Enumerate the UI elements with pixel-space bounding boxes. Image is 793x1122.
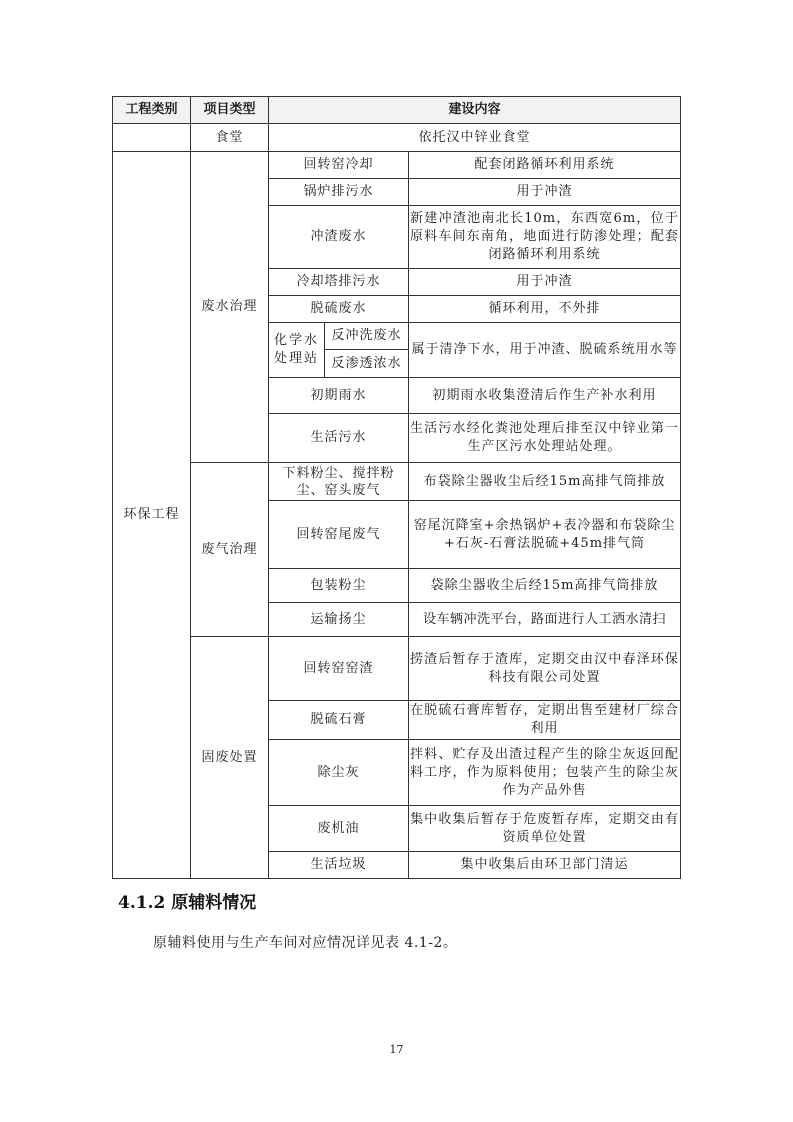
wastewater-content: 新建冲渣池南北长10m，东西宽6m，位于原料车间东南角，地面进行防渗处理；配套闭…: [408, 205, 681, 269]
waste-gas-item: 下料粉尘、搅拌粉尘、窑头废气: [268, 462, 409, 501]
waste-gas-content: 布袋除尘器收尘后经15m高排气筒排放: [408, 462, 681, 501]
waste-gas-item: 包装粉尘: [268, 568, 409, 603]
header-category: 工程类别: [112, 96, 191, 124]
wastewater-content: 循环利用，不外排: [408, 295, 681, 323]
wastewater-content: 配套闭路循环利用系统: [408, 151, 681, 179]
wastewater-content: 用于冲渣: [408, 268, 681, 296]
solid-waste-item: 回转窑窑渣: [268, 636, 409, 701]
body-paragraph: 原辅料使用与生产车间对应情况详见表 4.1-2。: [153, 932, 457, 952]
waste-gas-content: 窑尾沉降室+余热锅炉+表冷器和布袋除尘+石灰-石膏法脱硫+45m排气筒: [408, 500, 681, 569]
solid-waste-item: 废机油: [268, 805, 409, 852]
wastewater-item: 锅炉排污水: [268, 178, 409, 206]
header-project-type: 项目类型: [190, 96, 269, 124]
chem-station-label: 化学水处理站: [268, 322, 325, 378]
canteen-content: 依托汉中锌业食堂: [268, 123, 681, 152]
waste-gas-type: 废气治理: [190, 462, 269, 637]
wastewater-item: 回转窑冷却: [268, 151, 409, 179]
waste-gas-content: 设车辆冲洗平台，路面进行人工洒水清扫: [408, 602, 681, 637]
chem-station-sub-item: 反冲洗废水: [324, 322, 409, 350]
solid-waste-content: 集中收集后暂存于危废暂存库，定期交由有资质单位处置: [408, 805, 681, 852]
env-protection-category: 环保工程: [112, 151, 191, 879]
wastewater-content: 用于冲渣: [408, 178, 681, 206]
chem-station-content: 属于清净下水，用于冲渣、脱硫系统用水等: [408, 322, 681, 378]
chem-station-sub-item: 反渗透浓水: [324, 349, 409, 378]
solid-waste-item: 脱硫石膏: [268, 700, 409, 740]
header-content: 建设内容: [268, 96, 681, 124]
canteen-category-cell: [112, 123, 191, 152]
solid-waste-type: 固废处置: [190, 636, 269, 879]
waste-gas-content: 袋除尘器收尘后经15m高排气筒排放: [408, 568, 681, 603]
section-heading: 4.1.2 原辅料情况: [118, 888, 256, 913]
construction-content-table: 工程类别 项目类型 建设内容 食堂 依托汉中锌业食堂 环保工程 废水治理 回转窑…: [112, 96, 681, 879]
waste-gas-item: 运输扬尘: [268, 602, 409, 637]
solid-waste-item: 除尘灰: [268, 739, 409, 806]
solid-waste-item: 生活垃圾: [268, 851, 409, 879]
wastewater-item: 生活污水: [268, 413, 409, 463]
page-number: 17: [0, 1043, 793, 1056]
solid-waste-content: 捞渣后暂存于渣库，定期交由汉中春泽环保科技有限公司处置: [408, 636, 681, 701]
canteen-project-type: 食堂: [190, 123, 269, 152]
wastewater-item: 脱硫废水: [268, 295, 409, 323]
solid-waste-content: 拌料、贮存及出渣过程产生的除尘灰返回配料工序，作为原料使用；包装产生的除尘灰作为…: [408, 739, 681, 806]
wastewater-type: 废水治理: [190, 151, 269, 463]
wastewater-item: 初期雨水: [268, 377, 409, 414]
wastewater-item: 冲渣废水: [268, 205, 409, 269]
wastewater-content: 生活污水经化粪池处理后排至汉中锌业第一生产区污水处理站处理。: [408, 413, 681, 463]
wastewater-item: 冷却塔排污水: [268, 268, 409, 296]
solid-waste-content: 在脱硫石膏库暂存，定期出售至建材厂综合利用: [408, 700, 681, 740]
waste-gas-item: 回转窑尾废气: [268, 500, 409, 569]
wastewater-content: 初期雨水收集澄清后作生产补水利用: [408, 377, 681, 414]
solid-waste-content: 集中收集后由环卫部门清运: [408, 851, 681, 879]
